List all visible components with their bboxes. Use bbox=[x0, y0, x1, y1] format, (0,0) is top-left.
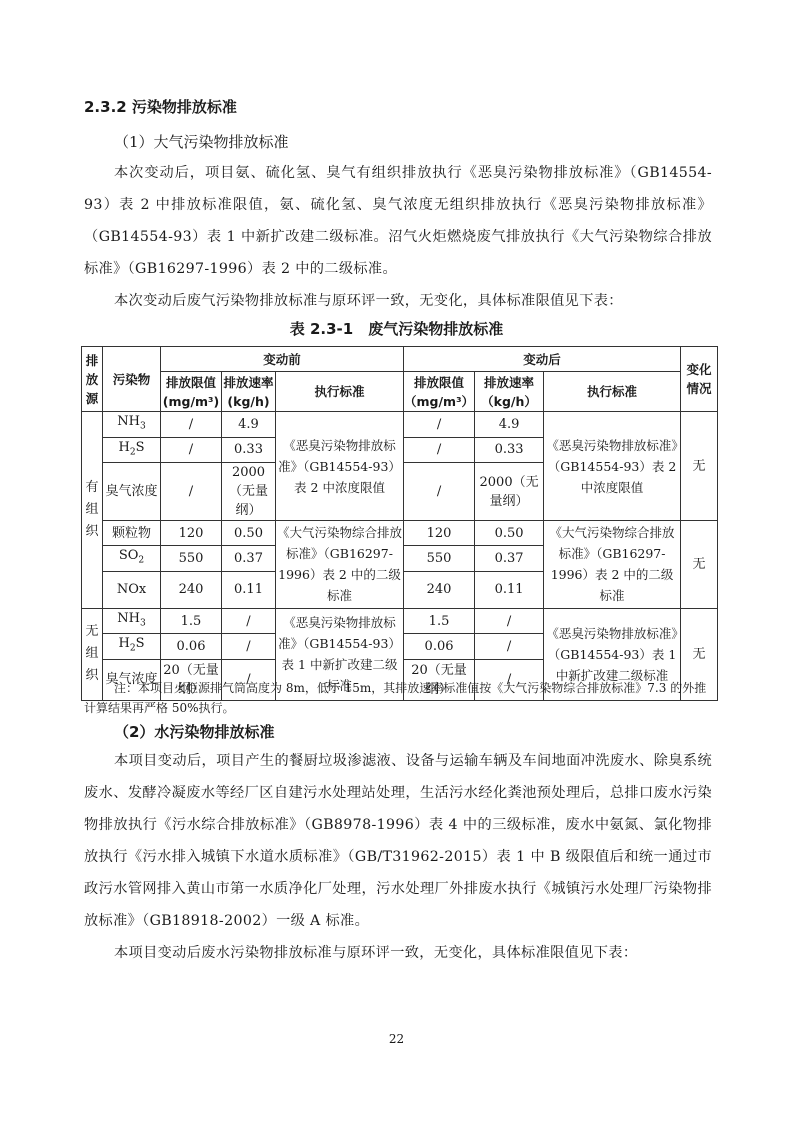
limit-before-cell: / bbox=[161, 463, 222, 521]
rate-before-cell: 2000（无量纲） bbox=[222, 463, 276, 521]
limit-before-cell: 0.06 bbox=[161, 634, 222, 660]
limit-label: 排放限值 bbox=[166, 375, 216, 390]
rate-after-cell: 0.50 bbox=[475, 521, 544, 546]
rate-after-cell: / bbox=[475, 608, 544, 634]
limit-before-cell: 240 bbox=[161, 571, 222, 608]
header-change: 变化情况 bbox=[681, 347, 718, 412]
rate-after-cell: 4.9 bbox=[475, 412, 544, 438]
standard-after-cell: 《恶臭污染物排放标准》（GB14554-93）表 2 中浓度限值 bbox=[544, 412, 681, 521]
limit-after-cell: / bbox=[404, 412, 475, 438]
pollutant-cell: NH3 bbox=[103, 412, 161, 438]
pollutant-cell: NOx bbox=[103, 571, 161, 608]
header-pollutant: 污染物 bbox=[103, 347, 161, 412]
standard-before-cell: 《恶臭污染物排放标准》（GB14554-93）表 2 中浓度限值 bbox=[276, 412, 404, 521]
limit-before-cell: / bbox=[161, 412, 222, 438]
pollutant-cell: H2S bbox=[103, 634, 161, 660]
limit-before-cell: 120 bbox=[161, 521, 222, 546]
header-standard-after: 执行标准 bbox=[544, 372, 681, 412]
document-page: 2.3.2 污染物排放标准 （1）大气污染物排放标准 本次变动后，项目氨、硫化氢… bbox=[0, 0, 793, 1122]
pollutant-cell: 臭气浓度 bbox=[103, 463, 161, 521]
rate-before-cell: 0.33 bbox=[222, 437, 276, 463]
page-number: 22 bbox=[0, 1032, 793, 1046]
limit-label: 排放限值 bbox=[414, 375, 464, 390]
table-row: 颗粒物 120 0.50 《大气污染物综合排放标准》（GB16297-1996）… bbox=[82, 521, 718, 546]
rate-label: 排放速率 bbox=[484, 375, 534, 390]
rate-after-cell: 0.11 bbox=[475, 571, 544, 608]
limit-unit: （mg/m³） bbox=[404, 394, 474, 409]
pollutant-cell: H2S bbox=[103, 437, 161, 463]
water-subheading: （2）水污染物排放标准 bbox=[114, 721, 274, 742]
source-organized: 有组织 bbox=[82, 412, 103, 609]
standard-before-cell: 《大气污染物综合排放标准》（GB16297-1996）表 2 中的二级标准 bbox=[276, 521, 404, 609]
limit-before-cell: / bbox=[161, 437, 222, 463]
rate-after-cell: / bbox=[475, 634, 544, 660]
header-standard-before: 执行标准 bbox=[276, 372, 404, 412]
pollutant-cell: NH3 bbox=[103, 608, 161, 634]
header-before: 变动前 bbox=[161, 347, 404, 372]
water-paragraph-2: 本项目变动后废水污染物排放标准与原环评一致，无变化，具体标准限值见下表： bbox=[84, 937, 712, 969]
rate-before-cell: 0.11 bbox=[222, 571, 276, 608]
header-source: 排放源 bbox=[82, 347, 103, 412]
limit-before-cell: 1.5 bbox=[161, 608, 222, 634]
limit-before-cell: 550 bbox=[161, 546, 222, 572]
air-subheading: （1）大气污染物排放标准 bbox=[114, 131, 289, 152]
header-limit-after: 排放限值 （mg/m³） bbox=[404, 372, 475, 412]
table-row: 无组织 NH3 1.5 / 《恶臭污染物排放标准》（GB14554-93）表 1… bbox=[82, 608, 718, 634]
section-heading: 2.3.2 污染物排放标准 bbox=[84, 96, 237, 117]
air-paragraph-2: 本次变动后废气污染物排放标准与原环评一致，无变化，具体标准限值见下表： bbox=[84, 285, 712, 317]
table-row: 有组织 NH3 / 4.9 《恶臭污染物排放标准》（GB14554-93）表 2… bbox=[82, 412, 718, 438]
rate-before-cell: / bbox=[222, 634, 276, 660]
rate-after-cell: 0.37 bbox=[475, 546, 544, 572]
change-cell: 无 bbox=[681, 412, 718, 521]
limit-after-cell: 120 bbox=[404, 521, 475, 546]
header-rate-before: 排放速率(kg/h) bbox=[222, 372, 276, 412]
limit-after-cell: 240 bbox=[404, 571, 475, 608]
table-note: 注：本项目火炬源排气筒高度为 8m，低于 15m，其排放速率标准值按《大气污染物… bbox=[84, 678, 714, 718]
table-caption: 表 2.3-1 废气污染物排放标准 bbox=[0, 318, 793, 339]
standard-after-cell: 《大气污染物综合排放标准》（GB16297-1996）表 2 中的二级标准 bbox=[544, 521, 681, 609]
pollutant-cell: 颗粒物 bbox=[103, 521, 161, 546]
header-after: 变动后 bbox=[404, 347, 681, 372]
air-emission-standard-table: 排放源 污染物 变动前 变动后 变化情况 排放限值 (mg/m³) 排放速率(k… bbox=[81, 346, 718, 701]
air-paragraph-1: 本次变动后，项目氨、硫化氢、臭气有组织排放执行《恶臭污染物排放标准》（GB145… bbox=[84, 157, 712, 285]
water-paragraph-1: 本项目变动后，项目产生的餐厨垃圾渗滤液、设备与运输车辆及车间地面冲洗废水、除臭系… bbox=[84, 745, 712, 937]
limit-after-cell: 550 bbox=[404, 546, 475, 572]
header-rate-after: 排放速率 （kg/h） bbox=[475, 372, 544, 412]
rate-before-cell: 0.50 bbox=[222, 521, 276, 546]
limit-unit: (mg/m³) bbox=[163, 394, 219, 409]
limit-after-cell: 0.06 bbox=[404, 634, 475, 660]
limit-after-cell: / bbox=[404, 463, 475, 521]
rate-unit: （kg/h） bbox=[481, 394, 537, 409]
limit-after-cell: / bbox=[404, 437, 475, 463]
pollutant-cell: SO2 bbox=[103, 546, 161, 572]
rate-after-cell: 2000（无量纲） bbox=[475, 463, 544, 521]
change-cell: 无 bbox=[681, 521, 718, 609]
rate-after-cell: 0.33 bbox=[475, 437, 544, 463]
limit-after-cell: 1.5 bbox=[404, 608, 475, 634]
rate-before-cell: 0.37 bbox=[222, 546, 276, 572]
rate-before-cell: 4.9 bbox=[222, 412, 276, 438]
rate-before-cell: / bbox=[222, 608, 276, 634]
header-limit-before: 排放限值 (mg/m³) bbox=[161, 372, 222, 412]
